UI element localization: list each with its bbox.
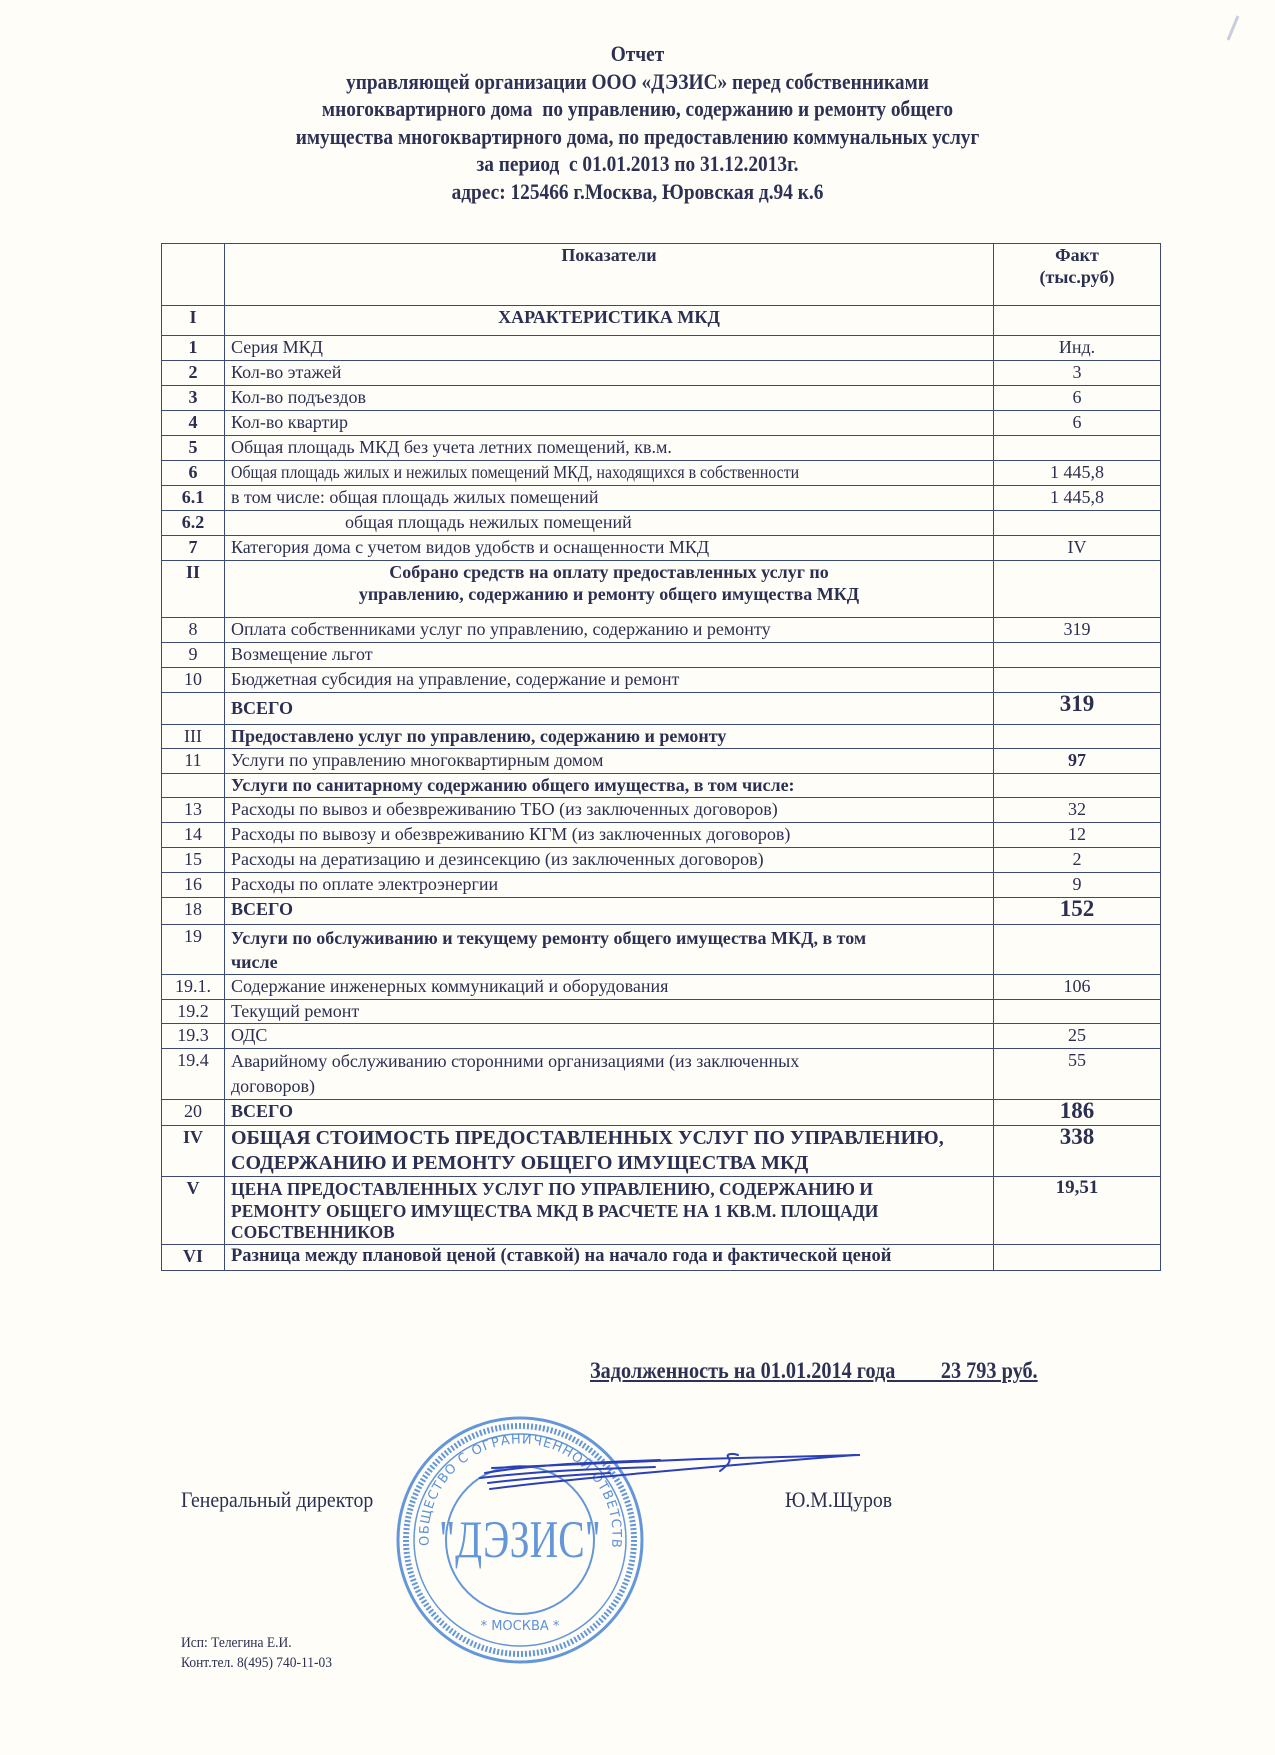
row-label: Кол-во этажей [225, 361, 994, 386]
row-label-line: Услуги по обслуживанию и текущему ремонт… [231, 926, 987, 950]
header-fact: Факт (тыс.руб) [994, 244, 1161, 306]
table-row: 19.4Аварийному обслуживанию сторонними о… [162, 1049, 1161, 1100]
row-label: в том числе: общая площадь жилых помещен… [225, 486, 994, 511]
table-row: 6Общая площадь жилых и нежилых помещений… [162, 461, 1161, 486]
table-row: 1Серия МКДИнд. [162, 336, 1161, 361]
row-value: 6 [994, 411, 1161, 436]
row-label: Текущий ремонт [225, 1000, 994, 1024]
row-label: ОБЩАЯ СТОИМОСТЬ ПРЕДОСТАВЛЕННЫХ УСЛУГ ПО… [225, 1126, 994, 1177]
row-label: Расходы на дератизацию и дезинсекцию (из… [225, 848, 994, 873]
row-num: 16 [162, 873, 225, 898]
row-value: 1 445,8 [994, 486, 1161, 511]
row-value [994, 306, 1161, 336]
row-label: Услуги по управлению многоквартирным дом… [225, 749, 994, 774]
row-num: 10 [162, 668, 225, 693]
header-fact-unit: (тыс.руб) [1000, 266, 1154, 288]
row-value: 6 [994, 386, 1161, 411]
row-value: 9 [994, 873, 1161, 898]
table-row: 15Расходы на дератизацию и дезинсекцию (… [162, 848, 1161, 873]
title-line: за период с 01.01.2013 по 31.12.2013г. [89, 150, 1186, 178]
row-num: 6 [162, 461, 225, 486]
row-label: ЦЕНА ПРЕДОСТАВЛЕННЫХ УСЛУГ ПО УПРАВЛЕНИЮ… [225, 1177, 994, 1245]
row-value [994, 436, 1161, 461]
report-title: Отчет управляющей организации ООО «ДЭЗИС… [89, 40, 1186, 205]
table-row: 11Услуги по управлению многоквартирным д… [162, 749, 1161, 774]
row-value [994, 668, 1161, 693]
table-row: 3Кол-во подъездов6 [162, 386, 1161, 411]
table-row: 14Расходы по вывозу и обезвреживанию КГМ… [162, 823, 1161, 848]
row-num: 19.3 [162, 1024, 225, 1049]
title-line: управляющей организации ООО «ДЭЗИС» пере… [89, 68, 1186, 96]
director-signature [470, 1445, 860, 1495]
table-row: 19.1.Содержание инженерных коммуникаций … [162, 975, 1161, 1000]
title-line: имущества многоквартирного дома, по пред… [89, 123, 1186, 151]
row-num: II [162, 561, 225, 618]
row-value: Инд. [994, 336, 1161, 361]
row-label: Разница между плановой ценой (ставкой) н… [225, 1245, 994, 1271]
row-num: 19.4 [162, 1049, 225, 1100]
section-title: Собрано средств на оплату предоставленны… [225, 561, 994, 618]
row-label: ВСЕГО [225, 693, 994, 725]
executor-phone: Конт.тел. 8(495) 740-11-03 [181, 1653, 332, 1673]
row-label: Расходы по вывозу и обезвреживанию КГМ (… [225, 823, 994, 848]
row-num: 6.2 [162, 511, 225, 536]
row-num [162, 693, 225, 725]
row-num [162, 774, 225, 798]
row-num: 20 [162, 1100, 225, 1126]
row-label-line: СОДЕРЖАНИЮ И РЕМОНТУ ОБЩЕГО ИМУЩЕСТВА МК… [231, 1151, 987, 1176]
row-label: Общая площадь жилых и нежилых помещений … [225, 461, 994, 486]
row-num: 19.1. [162, 975, 225, 1000]
section-row: II Собрано средств на оплату предоставле… [162, 561, 1161, 618]
row-label: Серия МКД [225, 336, 994, 361]
table-row: 2Кол-во этажей3 [162, 361, 1161, 386]
row-label: Возмещение льгот [225, 643, 994, 668]
scan-artifact-mark [1222, 14, 1242, 44]
row-value [994, 561, 1161, 618]
subheader-row: 19Услуги по обслуживанию и текущему ремо… [162, 925, 1161, 975]
table-row: 19.3ОДС25 [162, 1024, 1161, 1049]
table-header-row: Показатели Факт (тыс.руб) [162, 244, 1161, 306]
debt-line: Задолженность на 01.01.2014 года 23 793 … [590, 1358, 1038, 1384]
row-num: 11 [162, 749, 225, 774]
row-value [994, 1245, 1161, 1271]
table-row: 19.2Текущий ремонт [162, 1000, 1161, 1024]
total-row: 18ВСЕГО152 [162, 898, 1161, 925]
table-row: 9Возмещение льгот [162, 643, 1161, 668]
total-row: 20ВСЕГО186 [162, 1100, 1161, 1126]
table-row: 16Расходы по оплате электроэнергии9 [162, 873, 1161, 898]
signer-role: Генеральный директор [181, 1487, 373, 1513]
row-label-line: Аварийному обслуживанию сторонними орган… [231, 1049, 987, 1074]
row-label: Категория дома с учетом видов удобств и … [225, 536, 994, 561]
row-label: ОДС [225, 1024, 994, 1049]
row-value: 319 [994, 693, 1161, 725]
row-value [994, 1000, 1161, 1024]
row-value: 25 [994, 1024, 1161, 1049]
report-table: Показатели Факт (тыс.руб) I ХАРАКТЕРИСТИ… [161, 243, 1161, 1271]
row-num: 9 [162, 643, 225, 668]
row-label-line: ОБЩАЯ СТОИМОСТЬ ПРЕДОСТАВЛЕННЫХ УСЛУГ ПО… [231, 1126, 987, 1151]
row-num: 19 [162, 925, 225, 975]
row-num: 15 [162, 848, 225, 873]
summary-row: VЦЕНА ПРЕДОСТАВЛЕННЫХ УСЛУГ ПО УПРАВЛЕНИ… [162, 1177, 1161, 1245]
row-num: VI [162, 1245, 225, 1271]
row-value: 1 445,8 [994, 461, 1161, 486]
title-line: многоквартирного дома по управлению, сод… [89, 95, 1186, 123]
row-label: Услуги по санитарному содержанию общего … [225, 774, 994, 798]
row-label: Общая площадь МКД без учета летних помещ… [225, 436, 994, 461]
row-label-line: РЕМОНТУ ОБЩЕГО ИМУЩЕСТВА МКД В РАСЧЕТЕ Н… [231, 1201, 987, 1223]
summary-row: VIРазница между плановой ценой (ставкой)… [162, 1245, 1161, 1271]
row-label: Оплата собственниками услуг по управлени… [225, 618, 994, 643]
row-value [994, 511, 1161, 536]
table-row: 7Категория дома с учетом видов удобств и… [162, 536, 1161, 561]
stamp-center-text: "ДЭЗИС" [439, 1511, 601, 1570]
section-title-line: Собрано средств на оплату предоставленны… [231, 561, 987, 583]
table-row: 4Кол-во квартир6 [162, 411, 1161, 436]
row-num: 5 [162, 436, 225, 461]
row-label: ВСЕГО [225, 1100, 994, 1126]
row-value: 3 [994, 361, 1161, 386]
row-value: 32 [994, 798, 1161, 823]
row-label: Кол-во квартир [225, 411, 994, 436]
row-label: Содержание инженерных коммуникаций и обо… [225, 975, 994, 1000]
row-value [994, 925, 1161, 975]
row-value: 97 [994, 749, 1161, 774]
row-label: ВСЕГО [225, 898, 994, 925]
table-row: 8Оплата собственниками услуг по управлен… [162, 618, 1161, 643]
row-value [994, 774, 1161, 798]
table-row: 13Расходы по вывоз и обезвреживанию ТБО … [162, 798, 1161, 823]
table-row: 5Общая площадь МКД без учета летних поме… [162, 436, 1161, 461]
row-value: 55 [994, 1049, 1161, 1100]
row-value: 186 [994, 1100, 1161, 1126]
title-line: Отчет [89, 40, 1186, 68]
header-indicators: Показатели [225, 244, 994, 306]
row-value: 152 [994, 898, 1161, 925]
row-num: I [162, 306, 225, 336]
row-num: V [162, 1177, 225, 1245]
section-row: III Предоставлено услуг по управлению, с… [162, 725, 1161, 749]
title-line: адрес: 125466 г.Москва, Юровская д.94 к.… [89, 178, 1186, 206]
row-num: 4 [162, 411, 225, 436]
executor-info: Исп: Телегина Е.И. Конт.тел. 8(495) 740-… [181, 1633, 332, 1673]
row-label: Аварийному обслуживанию сторонними орган… [225, 1049, 994, 1100]
total-row: ВСЕГО319 [162, 693, 1161, 725]
summary-row: IVОБЩАЯ СТОИМОСТЬ ПРЕДОСТАВЛЕННЫХ УСЛУГ … [162, 1126, 1161, 1177]
row-num: 3 [162, 386, 225, 411]
row-label-text: Серия МКД [231, 337, 323, 357]
header-fact-line: Факт [1000, 244, 1154, 266]
row-num: 18 [162, 898, 225, 925]
row-value [994, 643, 1161, 668]
section-title: ХАРАКТЕРИСТИКА МКД [225, 306, 994, 336]
row-num: 14 [162, 823, 225, 848]
row-value [994, 725, 1161, 749]
row-label: общая площадь нежилых помещений [225, 511, 994, 536]
row-value: 12 [994, 823, 1161, 848]
row-label-line: договоров) [231, 1074, 987, 1099]
header-num-cell [162, 244, 225, 306]
stamp-city: * МОСКВА * [481, 1619, 560, 1634]
row-label: Кол-во подъездов [225, 386, 994, 411]
row-num: IV [162, 1126, 225, 1177]
row-label-line: ЦЕНА ПРЕДОСТАВЛЕННЫХ УСЛУГ ПО УПРАВЛЕНИЮ… [231, 1179, 987, 1201]
row-num: 1 [162, 336, 225, 361]
row-num: 7 [162, 536, 225, 561]
row-num: 8 [162, 618, 225, 643]
row-value: 106 [994, 975, 1161, 1000]
subheader-row: Услуги по санитарному содержанию общего … [162, 774, 1161, 798]
table-row: 6.2общая площадь нежилых помещений [162, 511, 1161, 536]
row-label: Расходы по вывоз и обезвреживанию ТБО (и… [225, 798, 994, 823]
section-title-line: управлению, содержанию и ремонту общего … [231, 583, 987, 605]
row-num: 6.1 [162, 486, 225, 511]
row-num: III [162, 725, 225, 749]
row-value: 319 [994, 618, 1161, 643]
row-label-line: СОБСТВЕННИКОВ [231, 1222, 987, 1244]
table-row: 10Бюджетная субсидия на управление, соде… [162, 668, 1161, 693]
row-value: 338 [994, 1126, 1161, 1177]
row-value: IV [994, 536, 1161, 561]
executor-name: Исп: Телегина Е.И. [181, 1633, 332, 1653]
row-num: 13 [162, 798, 225, 823]
row-num: 2 [162, 361, 225, 386]
row-value: 19,51 [994, 1177, 1161, 1245]
section-row: I ХАРАКТЕРИСТИКА МКД [162, 306, 1161, 336]
row-label-text: Общая площадь жилых и нежилых помещений … [231, 461, 799, 483]
row-num: 19.2 [162, 1000, 225, 1024]
row-label: Расходы по оплате электроэнергии [225, 873, 994, 898]
row-label: Услуги по обслуживанию и текущему ремонт… [225, 925, 994, 975]
row-label-line: числе [231, 950, 987, 974]
table-row: 6.1в том числе: общая площадь жилых поме… [162, 486, 1161, 511]
row-label: Бюджетная субсидия на управление, содерж… [225, 668, 994, 693]
row-value: 2 [994, 848, 1161, 873]
section-title: Предоставлено услуг по управлению, содер… [225, 725, 994, 749]
